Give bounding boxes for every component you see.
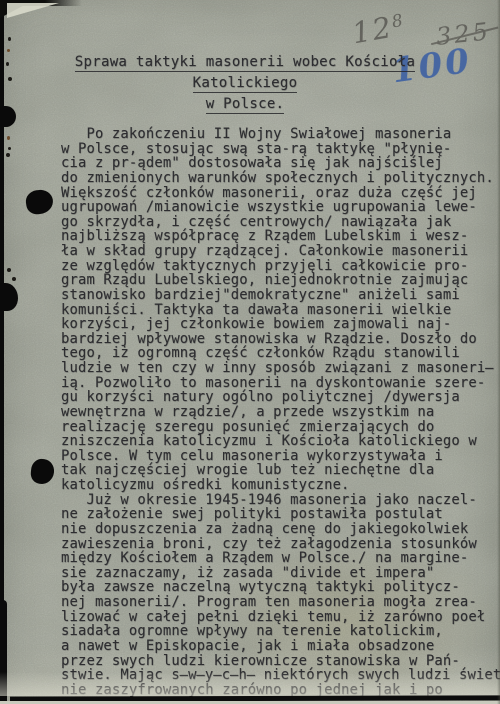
- typewritten-line: siadała ogromne wpływy na terenie katoli…: [61, 624, 494, 639]
- typewritten-line: przez swych ludzi kierownicze stanowiska…: [61, 654, 494, 669]
- typewritten-line: między Kościołem a Rządem w Polsce./ na …: [61, 551, 494, 566]
- typewritten-line: gram Rządu Lubelskiego, niejednokrotnie …: [61, 273, 494, 288]
- bottom-light-band: [0, 672, 500, 696]
- typewritten-line: ugrupowań /mianowicie wszystkie ugrupowa…: [61, 200, 494, 215]
- speck: [8, 147, 11, 150]
- typewritten-line: cia z pr-ądem" dostosowała się jak najśc…: [61, 156, 494, 171]
- speck: [6, 62, 9, 66]
- title-line-3: w Polsce.: [206, 96, 285, 114]
- document-body: Po zakończeniu II Wojny Swiałowej masone…: [61, 127, 494, 697]
- typewritten-line: ła w skład grupy rządzącej. Całonkowie m…: [61, 244, 494, 259]
- pencil-page-number: 128: [349, 8, 408, 51]
- punch-hole-bottom: [30, 458, 55, 485]
- typewritten-line: katolicyzmu ośredki komunistyczne.: [61, 478, 494, 493]
- typewritten-line: tego, iż ogromną część członków Rządu st…: [61, 346, 494, 361]
- typewritten-line: komuniści. Taktyka ta dawała masonerii w…: [61, 303, 494, 318]
- typewritten-line: była zawsze naczelną wytyczną taktyki po…: [61, 580, 494, 595]
- typewritten-line: najbliższą współpracę z Rządem Lubelskim…: [61, 229, 494, 244]
- typewritten-line: zawieszenia broni, czy też załagodzenia …: [61, 537, 494, 552]
- typewritten-line: a nawet w Episkopacie, jak i miała obsad…: [61, 639, 494, 654]
- typewritten-line: tak najczęściej wrogie lub też niechętne…: [61, 463, 494, 478]
- speck: [12, 277, 16, 281]
- speck: [6, 153, 10, 157]
- typewritten-line: ludzie w ten czy w inny sposób związani …: [61, 361, 494, 376]
- speck: [8, 77, 12, 81]
- typewritten-line: zniszczenia katolicyzmu i Kościoła katol…: [61, 434, 494, 449]
- speck: [7, 49, 10, 52]
- typewritten-line: lizować w całej pełni dzięki temu, iż za…: [61, 610, 494, 625]
- typewritten-line: Po zakończeniu II Wojny Swiałowej masone…: [61, 127, 494, 142]
- typewritten-line: nie dopuszczenia za żadną cenę do jakieg…: [61, 522, 494, 537]
- scanned-document-page: 128 325 100 Sprawa taktyki masonerii wob…: [0, 0, 500, 704]
- typewritten-line: do zmienionych warunków społecznych i po…: [61, 171, 494, 186]
- speck: [7, 268, 11, 272]
- typewritten-line: ne założenie swej polityki postawiła pos…: [61, 507, 494, 522]
- title-line-2: Katolickiego: [193, 75, 298, 93]
- folded-corner: [7, 3, 59, 18]
- typewritten-line: stanowisko bardziej"demokratyczne" aniże…: [61, 288, 494, 303]
- ink-blob-left-middle: [0, 283, 18, 311]
- typewritten-line: gu korzyści natury ogólno poliytcznej /d…: [61, 390, 494, 405]
- punch-hole-top: [24, 188, 54, 216]
- speck: [7, 136, 10, 140]
- typewritten-line: nej masonerii/. Program ten masoneria mo…: [61, 595, 494, 610]
- ink-blob-left-upper: [0, 106, 16, 127]
- title-line-1: Sprawa taktyki masonerii wobec Kościoła: [75, 54, 415, 72]
- typewritten-line: korzyści, jej członkowie bowiem zajmowal…: [61, 317, 494, 332]
- document-title: Sprawa taktyki masonerii wobec Kościoła …: [30, 52, 460, 115]
- typewritten-line: Większość członków masonerii, oraz duża …: [61, 186, 494, 201]
- typewritten-line: ze względów taktycznych przyjęli całkowi…: [61, 259, 494, 274]
- typewritten-line: wewnętrzna w rządzie/, a przede wszystki…: [61, 405, 494, 420]
- speck: [8, 37, 11, 41]
- typewritten-line: sie zaznaczamy, iż zasada "divide et imp…: [61, 566, 494, 581]
- typewritten-line: Już w okresie 1945-1946 masoneria jako n…: [61, 493, 494, 508]
- typewritten-line: realizację szeregu posunięć zmierzającyc…: [61, 420, 494, 435]
